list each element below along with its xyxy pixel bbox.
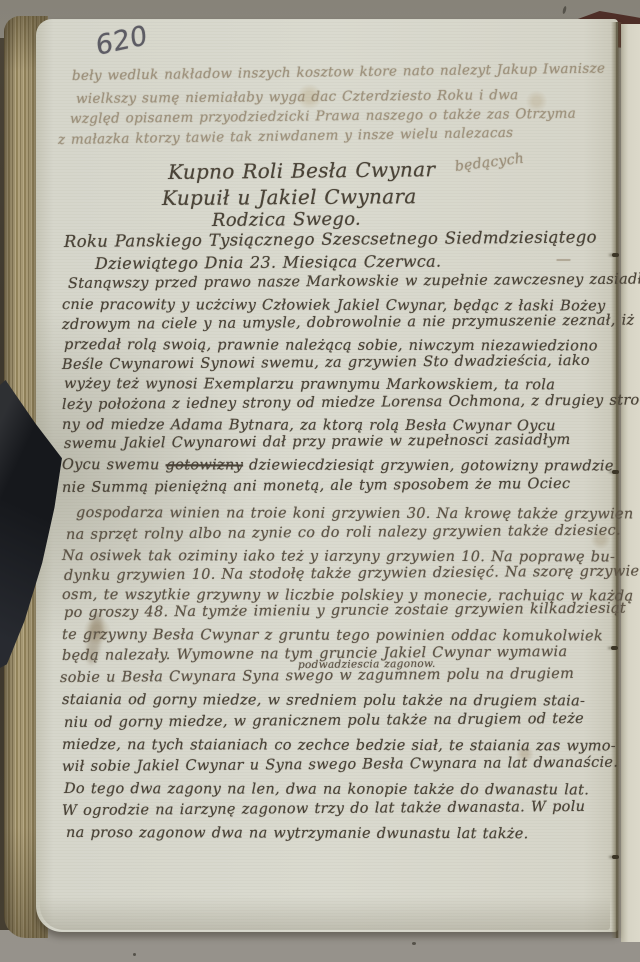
paper-speck <box>562 6 567 15</box>
struck-word: gotowizny <box>166 457 244 473</box>
body-line-strikethrough: Oycu swemu gotowizny dziewiecdziesiąt gr… <box>62 458 614 474</box>
book-gutter <box>611 22 622 938</box>
facing-page-sliver <box>621 24 640 942</box>
heading-line-1: Kupno Roli Besła Cwynar <box>168 159 435 182</box>
strike-pre: Oycu swemu <box>62 457 166 473</box>
marginal-dash: — <box>556 252 571 267</box>
body-line: ny od miedze Adama Bytnara, za ktorą rol… <box>62 418 556 434</box>
gutter-stitch <box>611 646 618 650</box>
body-line: miedze, na tych staianiach co zechce bed… <box>62 738 616 754</box>
body-line: gospodarza winien na troie koni grzywien… <box>76 506 640 522</box>
body-line: przedał rolą swoią, prawnie należącą sob… <box>64 338 598 354</box>
body-line: wyżey też wynosi Exemplarzu prawnymu Mar… <box>64 377 555 393</box>
paper-speck <box>412 942 416 945</box>
heading-line-3: Rodzica Swego. <box>212 211 361 230</box>
date-line-2: Dziewiątego Dnia 23. Miesiąca Czerwca. <box>95 254 441 272</box>
body-line: Do tego dwa zagony na len, dwa na konopi… <box>64 782 589 798</box>
body-line: na proso zagonow dwa na wytrzymanie dwun… <box>66 826 529 842</box>
body-line: Na osiwek tak oziminy iako też y iarzyny… <box>62 549 615 565</box>
photo-background: 620 beły wedluk nakładow inszych kosztow… <box>0 0 640 962</box>
page-bottom-grime <box>40 896 610 930</box>
strike-post: dziewiecdziesiąt grzywien, gotowizny pra… <box>243 457 614 474</box>
paper-speck <box>133 953 136 956</box>
body-line: staiania od gorny miedze, w sredniem pol… <box>62 693 585 709</box>
heading-line-2: Kupuił u Jakiel Cwynara <box>162 186 417 208</box>
gutter-stitch <box>612 253 619 257</box>
gutter-stitch <box>612 855 619 859</box>
body-line: cnie pracowity y ucżciwy Człowiek Jakiel… <box>62 298 606 314</box>
body-line: te grzywny Besła Cwynar z gruntu tego po… <box>62 628 603 644</box>
